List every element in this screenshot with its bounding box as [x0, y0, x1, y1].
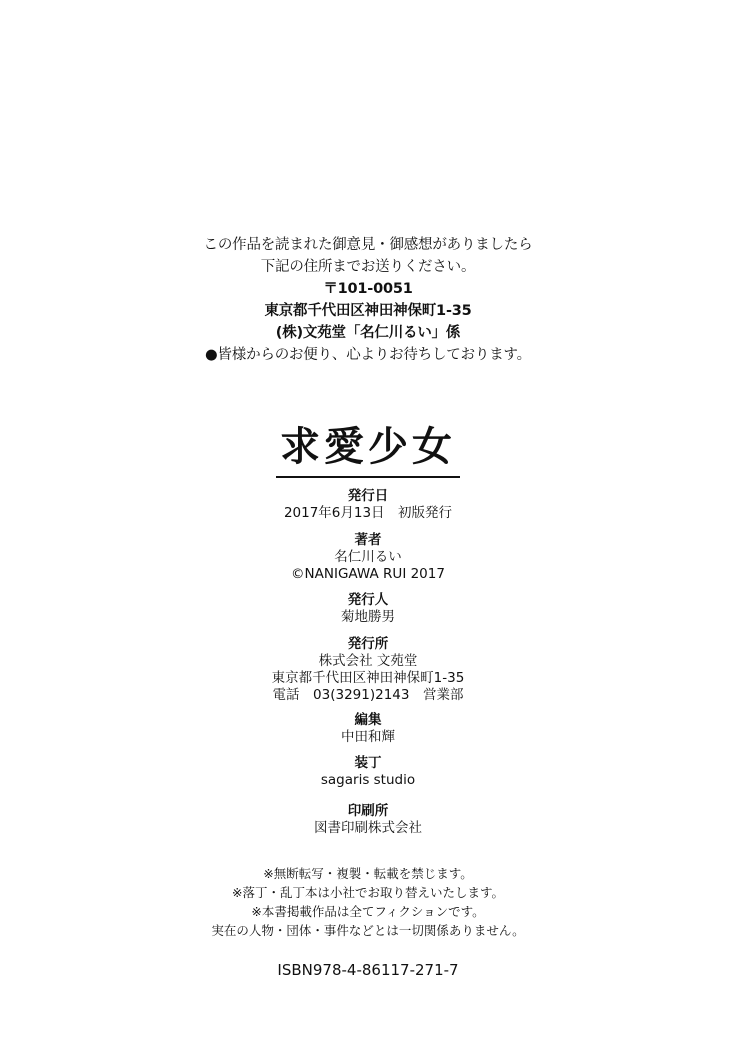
publication-date-heading: 発行日	[0, 488, 736, 505]
publisher-heading: 発行所	[0, 636, 736, 653]
section-publication-date: 発行日 2017年6月13日 初版発行	[0, 488, 736, 522]
section-editor: 編集 中田和輝	[0, 712, 736, 746]
book-title: 求愛少女	[275, 420, 461, 474]
section-author: 著者 名仁川るい ©NANIGAWA RUI 2017	[0, 532, 736, 583]
design-heading: 装丁	[0, 755, 736, 772]
notice-no-relation: 実在の人物・団体・事件などとは一切関係ありません。	[0, 921, 736, 940]
author-heading: 著者	[0, 532, 736, 549]
notice-fiction: ※本書掲載作品は全てフィクションです。	[0, 902, 736, 921]
notices-block: ※無断転写・複製・転載を禁じます。 ※落丁・乱丁本は小社でお取り替えいたします。…	[0, 864, 736, 940]
notice-defective-copies: ※落丁・乱丁本は小社でお取り替えいたします。	[0, 883, 736, 902]
publisher-phone: 電話 03(3291)2143 営業部	[0, 687, 736, 704]
publisher-person-name: 菊地勝男	[0, 609, 736, 626]
isbn: ISBN978-4-86117-271-7	[0, 960, 736, 980]
reader-mail-instruction: 下記の住所までお送りください。	[0, 256, 736, 278]
design-studio: sagaris studio	[0, 772, 736, 789]
publisher-person-heading: 発行人	[0, 592, 736, 609]
editor-name: 中田和輝	[0, 729, 736, 746]
section-printer: 印刷所 図書印刷株式会社	[0, 803, 736, 837]
title-underline	[276, 476, 460, 478]
mail-recipient: (株)文苑堂「名仁川るい」係	[0, 322, 736, 344]
section-publisher: 発行所 株式会社 文苑堂 東京都千代田区神田神保町1-35 電話 03(3291…	[0, 636, 736, 704]
author-copyright: ©NANIGAWA RUI 2017	[0, 566, 736, 583]
reader-mail-closing: ●皆様からのお便り、心よりお待ちしております。	[0, 344, 736, 366]
colophon-page: この作品を読まれた御意見・御感想がありましたら 下記の住所までお送りください。 …	[0, 0, 736, 1044]
notice-no-reproduction: ※無断転写・複製・転載を禁じます。	[0, 864, 736, 883]
author-name: 名仁川るい	[0, 549, 736, 566]
section-design: 装丁 sagaris studio	[0, 755, 736, 789]
reader-mail-block: この作品を読まれた御意見・御感想がありましたら 下記の住所までお送りください。 …	[0, 234, 736, 366]
section-publisher-person: 発行人 菊地勝男	[0, 592, 736, 626]
reader-mail-intro: この作品を読まれた御意見・御感想がありましたら	[0, 234, 736, 256]
mail-address: 東京都千代田区神田神保町1-35	[0, 300, 736, 322]
publisher-name: 株式会社 文苑堂	[0, 653, 736, 670]
printer-heading: 印刷所	[0, 803, 736, 820]
publisher-address: 東京都千代田区神田神保町1-35	[0, 670, 736, 687]
editor-heading: 編集	[0, 712, 736, 729]
publication-date-value: 2017年6月13日 初版発行	[0, 505, 736, 522]
printer-name: 図書印刷株式会社	[0, 820, 736, 837]
postal-code: 〒101-0051	[0, 278, 736, 300]
